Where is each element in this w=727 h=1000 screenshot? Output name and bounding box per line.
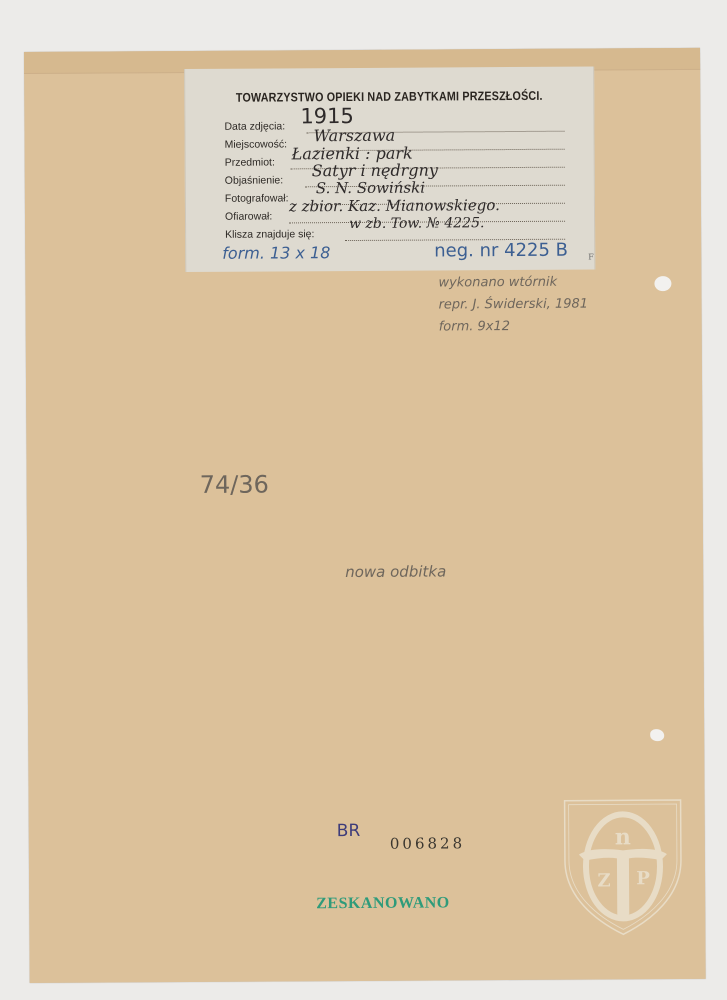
svg-text:P: P (636, 868, 650, 889)
svg-text:Z: Z (597, 870, 610, 891)
inventory-number: 006828 (390, 834, 465, 852)
scanned-stamp: ZESKANOWANO (316, 894, 450, 913)
catalog-number: 74/36 (200, 471, 269, 499)
shield-monogram-icon: n Z P (561, 796, 686, 939)
field-date-value: 1915 (300, 104, 354, 128)
punch-hole-top (654, 276, 671, 291)
pencil-note-line-1: wykonano wtórnik (438, 275, 557, 291)
pencil-note-line-3: form. 9x12 (439, 319, 510, 334)
photo-mount-card: TOWARZYSTWO OPIEKI NAD ZABYTKAMI PRZESZŁ… (24, 48, 706, 983)
field-negative-location-value: w zb. Tow. № 4225. (349, 215, 484, 232)
pencil-note-line-2: repr. J. Świderski, 1981 (439, 297, 589, 313)
field-description-value: Satyr i nędrgny (312, 160, 438, 180)
negative-number-note: neg. nr 4225 B (434, 240, 568, 262)
format-note: form. 13 x 18 (222, 243, 330, 263)
field-photographer-value: S. N. Sowiński (316, 179, 425, 198)
svg-text:n: n (615, 824, 631, 850)
field-place-value: Warszawa (313, 126, 395, 145)
label-title: TOWARZYSTWO OPIEKI NAD ZABYTKAMI PRZESZŁ… (214, 89, 565, 105)
negative-suffix: F (588, 253, 594, 262)
new-print-note: nowa odbitka (345, 562, 446, 581)
punch-hole-bottom (650, 729, 664, 741)
field-donor-value: z zbior. Kaz. Mianowskiego. (289, 196, 500, 215)
archive-label: TOWARZYSTWO OPIEKI NAD ZABYTKAMI PRZESZŁ… (184, 67, 595, 273)
br-mark: BR (337, 821, 361, 841)
